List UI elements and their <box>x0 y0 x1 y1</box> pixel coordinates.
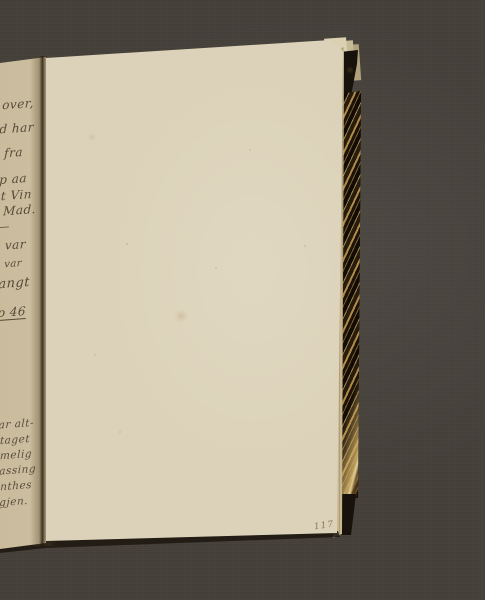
photo-of-open-journal: r over, lød har fra p aa t Vin e Mad. — … <box>0 0 485 600</box>
